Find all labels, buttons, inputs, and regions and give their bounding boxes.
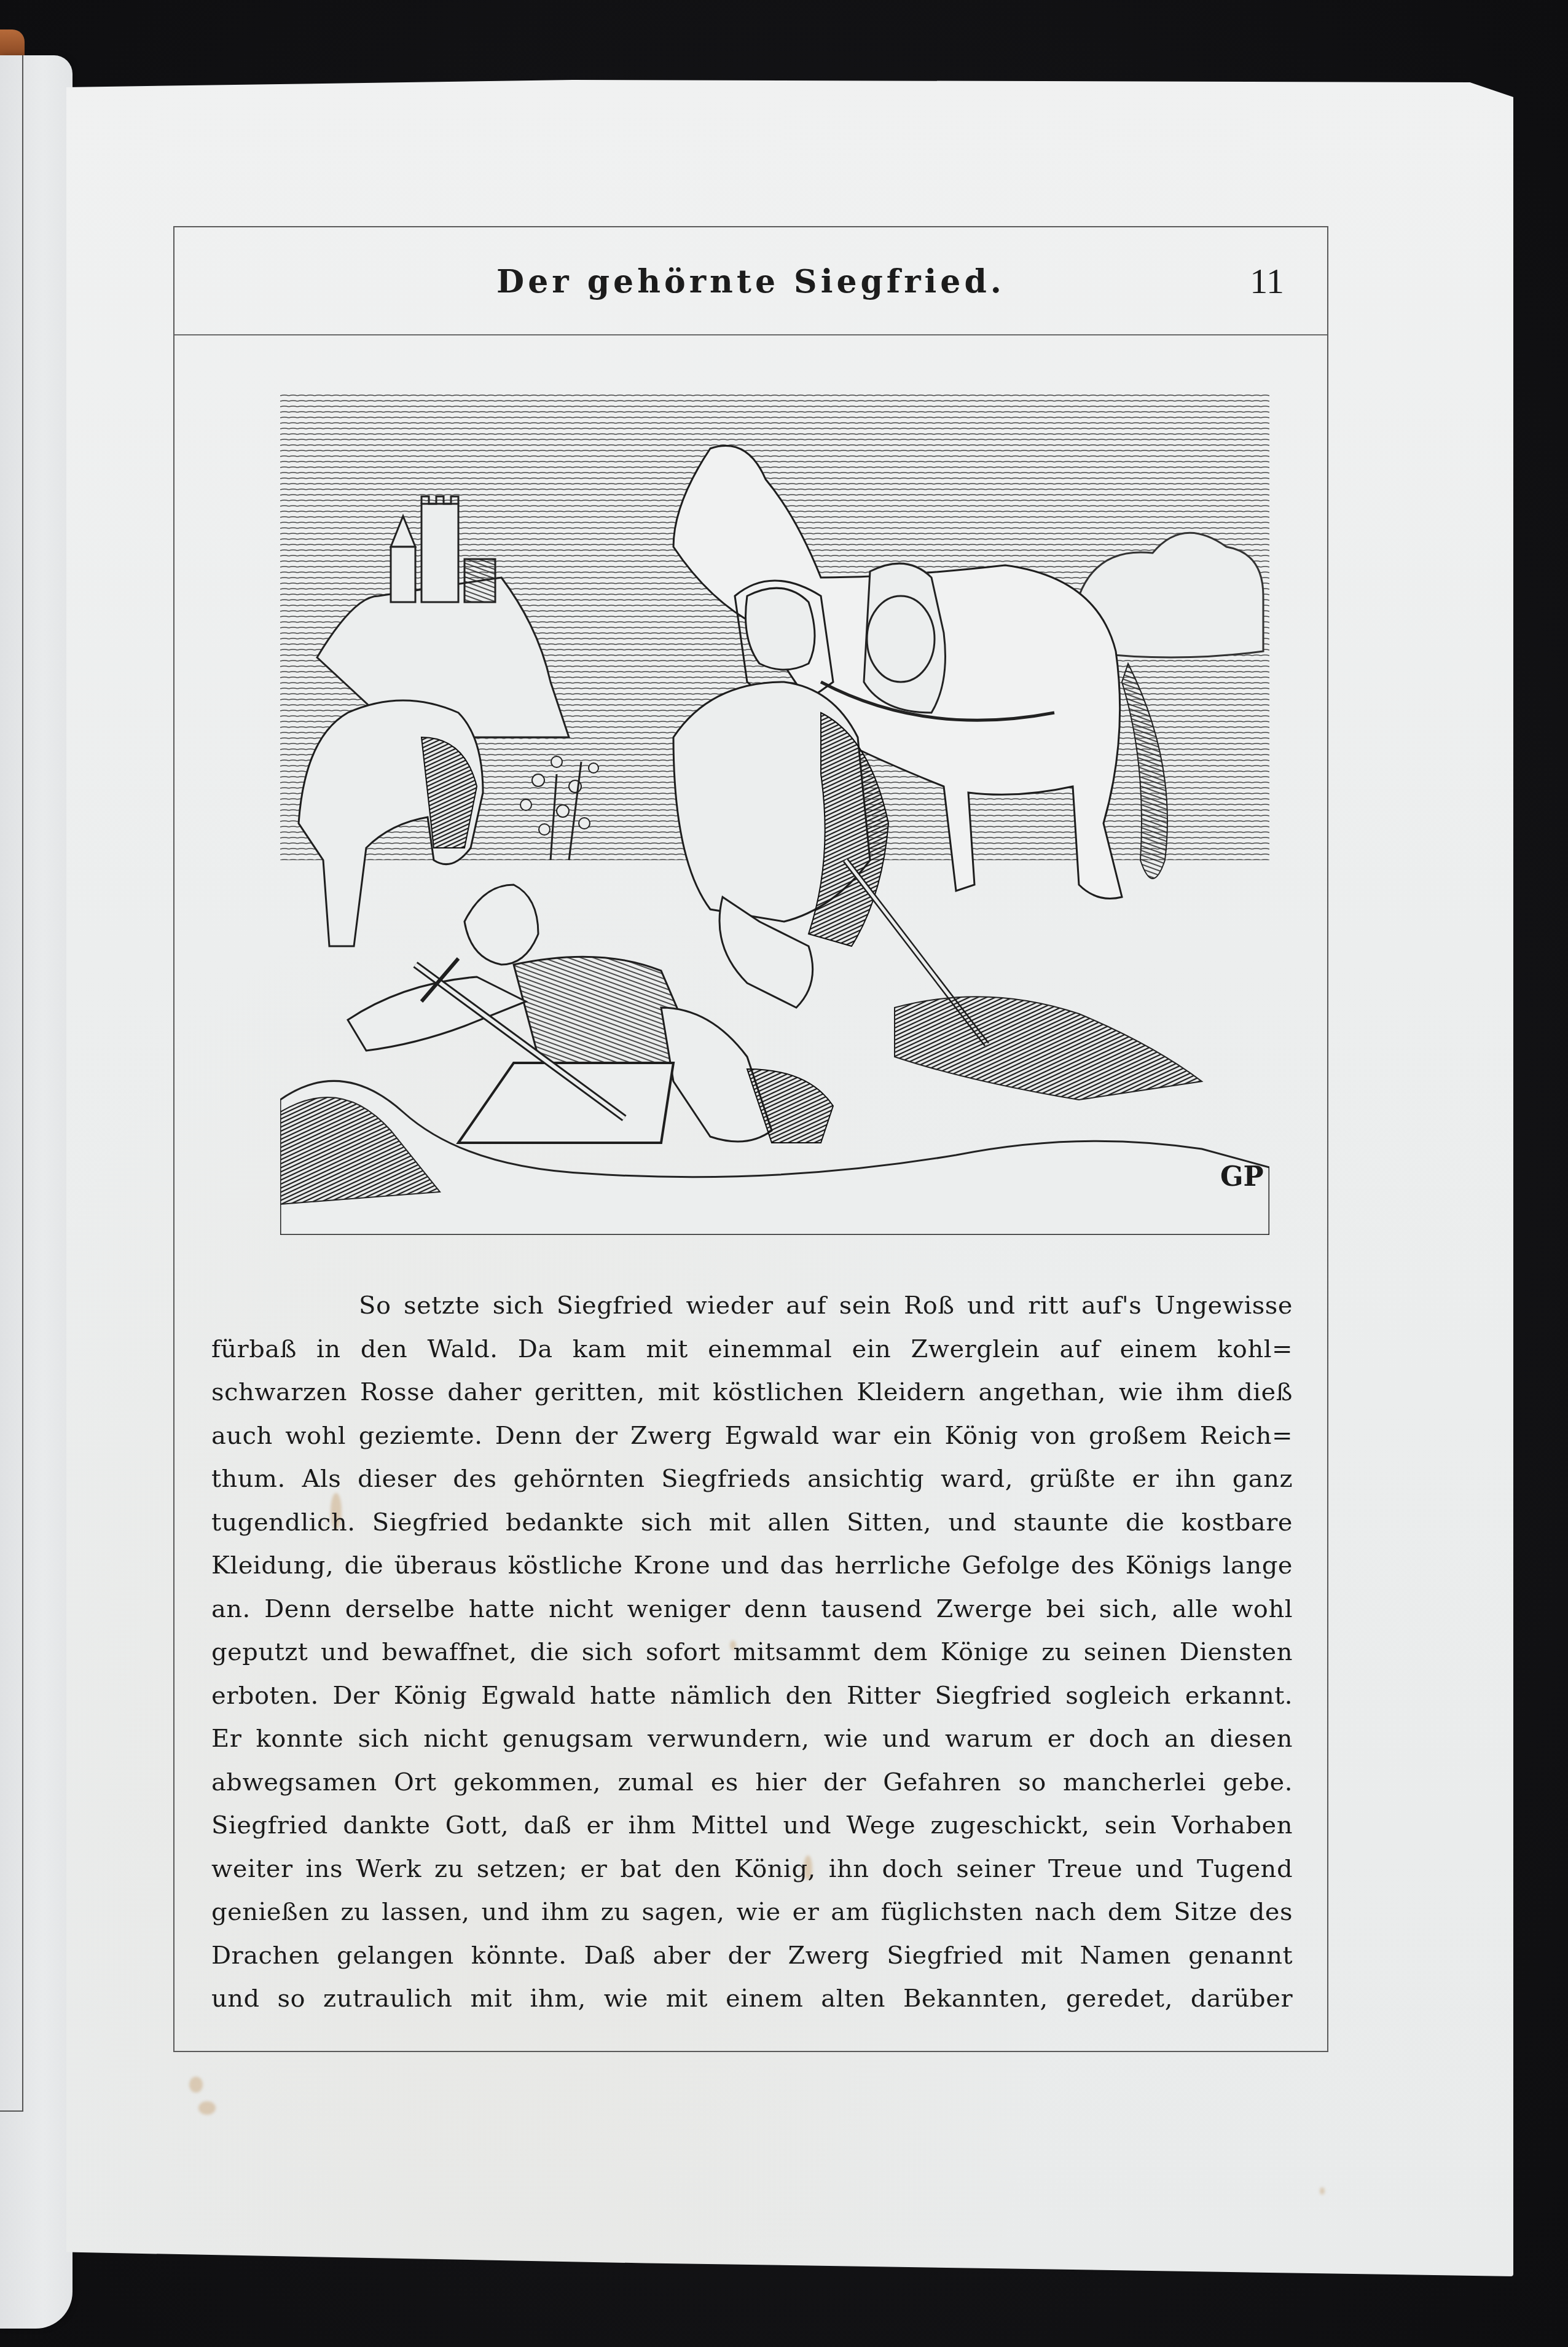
foxing-spot [1320, 2187, 1325, 2195]
engraving-svg: GP [280, 393, 1269, 1235]
text-line: Siegfried dankte Gott, daß er ihm Mittel… [211, 1804, 1293, 1847]
text-line: So setzte sich Siegfried wieder auf sein… [211, 1284, 1293, 1328]
text-line: Er konnte sich nicht genugsam verwundern… [211, 1717, 1293, 1761]
knight-head [465, 885, 538, 965]
engraving-illustration: GP [280, 393, 1269, 1235]
text-line: und so zutraulich mit ihm, wie mit einem… [211, 1977, 1293, 2021]
page-number: 11 [1250, 261, 1284, 302]
foxing-spot [198, 2101, 216, 2115]
body-text: So setzte sich Siegfried wieder auf sein… [211, 1284, 1293, 2021]
text-line: tugendlich. Siegfried bedankte sich mit … [211, 1501, 1293, 1545]
text-line: Drachen gelangen könnte. Daß aber der Zw… [211, 1934, 1293, 1978]
text-line: abwegsamen Ort gekommen, zumal es hier d… [211, 1761, 1293, 1804]
siegfried-head [746, 588, 815, 670]
foxing-spot [189, 2077, 203, 2093]
previous-page-frame [0, 55, 23, 2112]
page-frame: Der gehörnte Siegfried. 11 [173, 226, 1328, 2052]
text-line: thum. Als dieser des gehörnten Siegfried… [211, 1457, 1293, 1501]
text-line: an. Denn derselbe hatte nicht weniger de… [211, 1588, 1293, 1631]
text-line: Kleidung, die überaus köstliche Krone un… [211, 1544, 1293, 1588]
text-line: weiter ins Werk zu setzen; er bat den Kö… [211, 1847, 1293, 1891]
text-line: geputzt und bewaffnet, die sich sofort m… [211, 1631, 1293, 1674]
book-page: Der gehörnte Siegfried. 11 [66, 74, 1513, 2276]
text-line: genießen zu lassen, und ihm zu sagen, wi… [211, 1891, 1293, 1934]
text-line: erboten. Der König Egwald hatte nämlich … [211, 1674, 1293, 1718]
text-line: schwarzen Rosse daher geritten, mit köst… [211, 1371, 1293, 1414]
castle-tower [421, 504, 458, 602]
running-title: Der gehörnte Siegfried. [174, 263, 1327, 300]
artist-monogram: GP [1220, 1161, 1264, 1193]
text-line: fürbaß in den Wald. Da kam mit einemmal … [211, 1328, 1293, 1371]
running-header: Der gehörnte Siegfried. 11 [174, 227, 1327, 335]
text-line: auch wohl geziemte. Denn der Zwerg Egwal… [211, 1414, 1293, 1458]
previous-page-edge [0, 55, 73, 2329]
